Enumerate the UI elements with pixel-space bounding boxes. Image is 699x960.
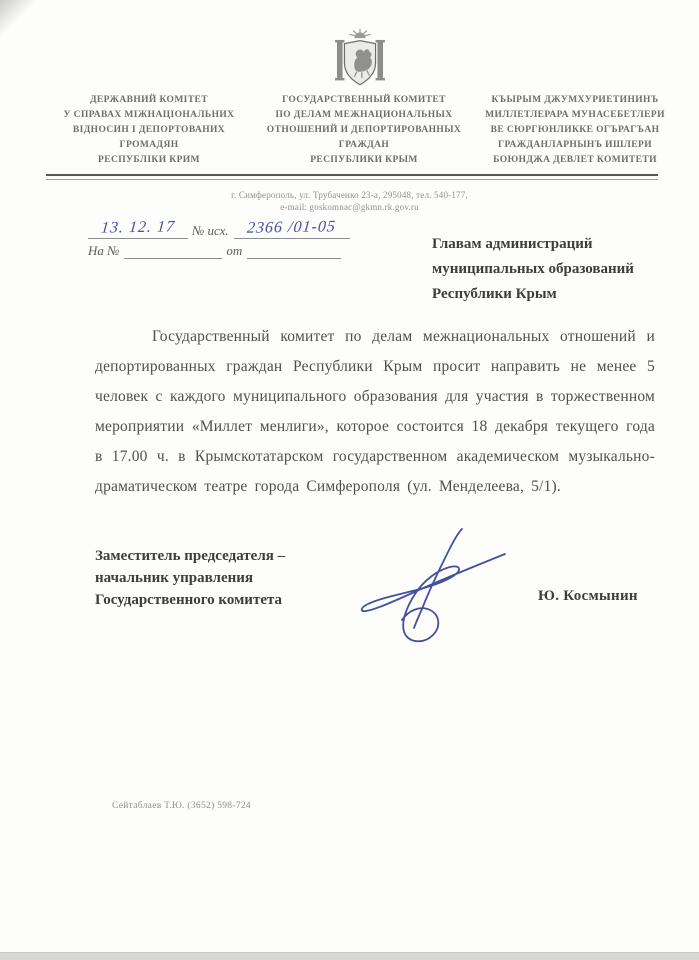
- outgoing-number-line: 2366 /01-05: [234, 219, 350, 239]
- org-name-crimean-tatar: КЪЫРЫМ ДЖУМХУРИЕТИНИНЪ МИЛЛЕТЛЕРАРА МУНА…: [466, 93, 684, 168]
- org-name-ukrainian: ДЕРЖАВНИЙ КОМІТЕТ У СПРАВАХ МІЖНАЦІОНАЛЬ…: [36, 93, 262, 168]
- outgoing-date-handwritten: 13. 12. 17: [100, 218, 176, 237]
- contact-address-line: г. Симферополь, ул. Трубаченко 23-а, 295…: [0, 190, 699, 200]
- signer-name: Ю. Космынин: [538, 588, 638, 605]
- executor-footer: Сейтаблаев Т.Ю. (3652) 598-724: [112, 801, 251, 811]
- recipient-block: Главам администраций муниципальных образ…: [432, 232, 690, 307]
- scan-bottom-edge: [0, 952, 699, 960]
- header-divider: [46, 174, 658, 180]
- scan-corner-shadow: [0, 0, 46, 46]
- outgoing-number-handwritten: 2366 /01-05: [246, 218, 337, 238]
- outgoing-number-label: № исх.: [188, 223, 234, 239]
- signer-title: Заместитель председателя – начальник упр…: [95, 545, 285, 611]
- outgoing-date-line: 13. 12. 17: [88, 219, 188, 239]
- handwritten-signature-icon: [350, 516, 516, 658]
- incoming-number-line: [124, 245, 222, 259]
- org-name-russian: ГОСУДАРСТВЕННЫЙ КОМИТЕТ ПО ДЕЛАМ МЕЖНАЦИ…: [262, 93, 466, 168]
- incoming-reference-row: На № от: [88, 243, 341, 259]
- incoming-number-label: На №: [88, 243, 124, 259]
- body-paragraph: Государственный комитет по делам межнаци…: [95, 322, 655, 502]
- incoming-from-label: от: [222, 243, 247, 259]
- scanned-letter-page: ДЕРЖАВНИЙ КОМІТЕТ У СПРАВАХ МІЖНАЦІОНАЛЬ…: [0, 0, 699, 960]
- incoming-date-line: [247, 245, 341, 259]
- outgoing-reference-row: 13. 12. 17 № исх. 2366 /01-05: [88, 219, 350, 239]
- crimea-coat-of-arms-icon: [332, 26, 388, 90]
- contact-email-line: e-mail: goskomnac@gkmn.rk.gov.ru: [0, 202, 699, 212]
